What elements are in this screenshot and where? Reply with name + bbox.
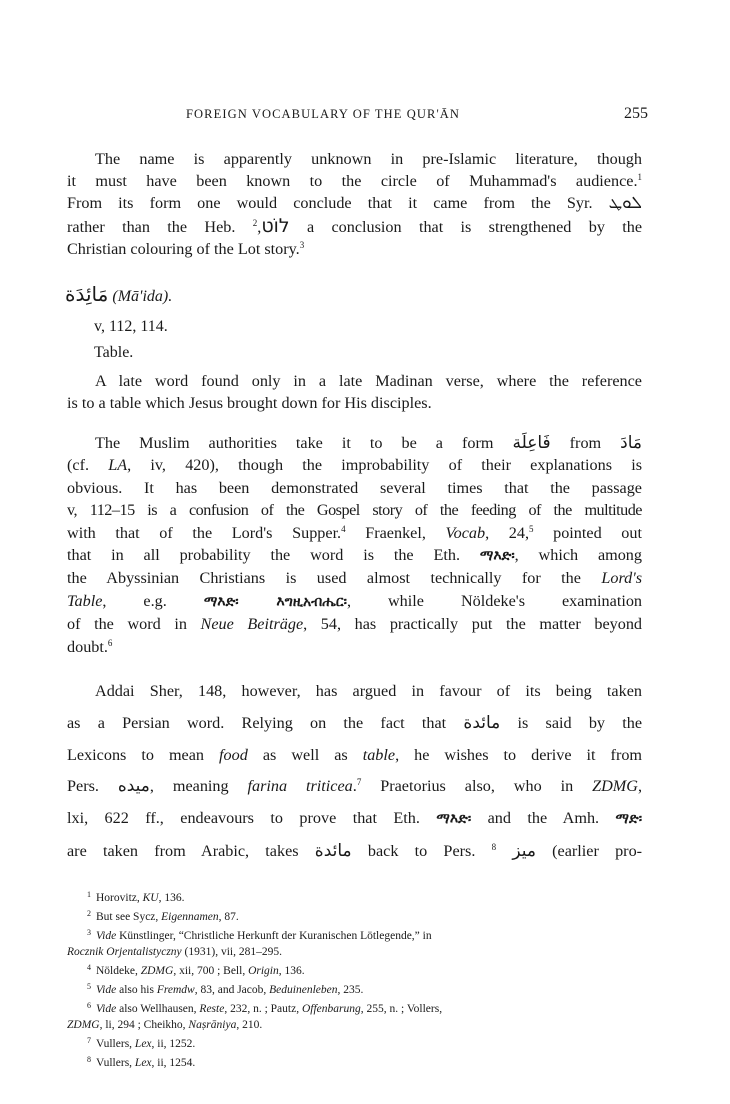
footnote-number: 4	[87, 963, 91, 972]
arabic-headword: مَائِدَة	[65, 282, 108, 306]
text-line: with that of the Lord's Supper.4 Fraenke…	[67, 522, 642, 544]
text-line: doubt.6	[67, 636, 642, 658]
text-line: is to a table which Jesus brought down f…	[67, 392, 642, 414]
text-line: rather than the Heb. לוֹט,2 a conclusion…	[67, 215, 642, 238]
footnote-number: 5	[87, 982, 91, 991]
arabic-word: مائدة	[315, 841, 352, 861]
footnote-ref[interactable]: 1	[638, 172, 643, 182]
footnote: 7Vullers, Lex, ii, 1252.	[67, 1033, 627, 1052]
text-line: (cf. LA, iv, 420), though the improbabil…	[67, 454, 642, 476]
text-line: The name is apparently unknown in pre-Is…	[67, 148, 642, 170]
arabic-root: مَادَ	[620, 433, 642, 453]
footnote-ref[interactable]: 2	[253, 218, 258, 228]
running-title: Foreign Vocabulary of the Qur'ān	[186, 107, 460, 122]
syriac-word: ܠܘܛ	[609, 193, 642, 213]
text-line: are taken from Arabic, takes مائدة back …	[67, 836, 642, 868]
paragraph-addai-sher: Addai Sher, 148, however, has argued in …	[67, 676, 642, 868]
footnote: 1Horovitz, KU, 136.	[67, 887, 627, 906]
text-line: The Muslim authorities take it to be a f…	[67, 432, 642, 454]
footnotes: 1Horovitz, KU, 136.2But see Sycz, Eigenn…	[67, 887, 627, 1071]
persian-word: میده	[118, 776, 150, 796]
persian-word: میز	[512, 841, 536, 861]
footnote-number: 7	[87, 1036, 91, 1045]
footnote: 6Vide also Wellhausen, Reste, 232, n. ; …	[67, 998, 627, 1017]
text-line: the Abyssinian Christians is used almost…	[67, 567, 642, 589]
paragraph-lot-name: The name is apparently unknown in pre-Is…	[67, 148, 642, 260]
footnote-ref[interactable]: 3	[300, 240, 305, 250]
entry-headword: مَائِدَة (Mā'ida).	[65, 282, 172, 306]
running-head: Foreign Vocabulary of the Qur'ān 255	[66, 107, 650, 129]
text-line: Pers. میده, meaning farina triticea.7 Pr…	[67, 771, 642, 803]
text-line: v, 112–15 is a confusion of the Gospel s…	[67, 499, 642, 521]
footnote-number: 1	[87, 890, 91, 899]
quran-reference: v, 112, 114.	[94, 318, 168, 336]
text-line: Christian colouring of the Lot story.3	[67, 238, 642, 260]
arabic-word: مائدة	[463, 713, 500, 733]
ethiopic-phrase: ማእድ፡ እግዚአብሔር፡	[204, 594, 347, 610]
footnote-number: 8	[87, 1055, 91, 1064]
hebrew-word: לוֹט	[261, 215, 289, 237]
ethiopic-word: ማእድ፡	[436, 811, 471, 827]
paragraph-late-word: A late word found only in a late Madinan…	[67, 370, 642, 414]
footnote: 8Vullers, Lex, ii, 1254.	[67, 1052, 627, 1071]
text-line: of the word in Neue Beiträge, 54, has pr…	[67, 613, 642, 635]
footnote: 4Nöldeke, ZDMG, xii, 700 ; Bell, Origin,…	[67, 960, 627, 979]
text-line: that in all probability the word is the …	[67, 544, 642, 567]
footnote-number: 2	[87, 909, 91, 918]
transliteration: (Mā'ida).	[112, 288, 172, 305]
footnote-number: 6	[87, 1001, 91, 1010]
text-line: A late word found only in a late Madinan…	[67, 370, 642, 392]
footnote-ref[interactable]: 6	[108, 638, 113, 648]
text-line: lxi, 622 ff., endeavours to prove that E…	[67, 803, 642, 836]
text-line: as a Persian word. Relying on the fact t…	[67, 708, 642, 740]
text-line: From its form one would conclude that it…	[67, 192, 642, 214]
page-number: 255	[624, 105, 648, 123]
arabic-form: فَاعِلَة	[512, 433, 550, 453]
text-line: Lexicons to mean food as well as table, …	[67, 740, 642, 772]
footnote-number: 3	[87, 928, 91, 937]
text-line: Addai Sher, 148, however, has argued in …	[67, 676, 642, 708]
entry-meaning: Table.	[94, 344, 133, 362]
book-page: Foreign Vocabulary of the Qur'ān 255 The…	[0, 0, 730, 1104]
text-line: obvious. It has been demonstrated severa…	[67, 477, 642, 499]
footnote-ref[interactable]: 8	[492, 842, 497, 852]
footnote: ZDMG, li, 294 ; Cheikho, Naṣrāniya, 210.	[67, 1017, 627, 1033]
footnote: 3Vide Künstlinger, “Christliche Herkunft…	[67, 925, 627, 944]
paragraph-muslim-authorities: The Muslim authorities take it to be a f…	[67, 432, 642, 658]
ethiopic-word: ማእድ፡	[480, 548, 515, 564]
amharic-word: ማድ፡	[616, 811, 642, 827]
text-line: Table, e.g. ማእድ፡ እግዚአብሔር፡, while Nöldeke…	[67, 590, 642, 613]
text-line: it must have been known to the circle of…	[67, 170, 642, 192]
footnote: 2But see Sycz, Eigennamen, 87.	[67, 906, 627, 925]
footnote: Rocznik Orjentalistyczny (1931), vii, 28…	[67, 944, 627, 960]
footnote: 5Vide also his Fremdw, 83, and Jacob, Be…	[67, 979, 627, 998]
